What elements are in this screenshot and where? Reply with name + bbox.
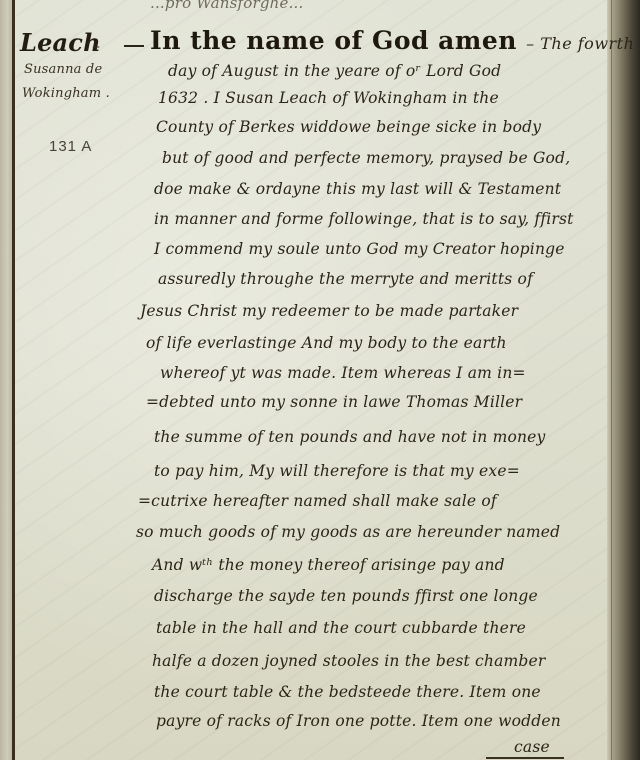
text-line-22: payre of racks of Iron one potte. Item o… [156, 712, 561, 730]
text-line-18: discharge the sayde ten pounds ffirst on… [154, 587, 538, 605]
text-line-19: table in the hall and the court cubbarde… [156, 619, 526, 637]
text-line-17: And wᵗʰ the money thereof arisinge pay a… [152, 556, 505, 574]
text-line-21: the court table & the bedsteede there. I… [154, 683, 541, 701]
heading-dash [124, 45, 144, 47]
margin-subtitle-2: Wokingham . [22, 86, 110, 101]
text-line-15: =cutrixe hereafter named shall make sale… [138, 492, 497, 510]
text-line-4: but of good and perfecte memory, praysed… [162, 149, 570, 167]
heading-line: In the name of God amen – The fowrth [150, 26, 634, 55]
text-line-8: assuredly throughe the merryte and merit… [158, 270, 533, 288]
text-line-13: the summe of ten pounds and have not in … [154, 428, 546, 446]
text-line-1: day of August in the yeare of oʳ Lord Go… [168, 62, 501, 80]
margin-subtitle-1: Susanna de [24, 62, 102, 77]
margin-mark: – [92, 36, 100, 55]
text-line-20: halfe a dozen joyned stooles in the best… [152, 652, 546, 670]
text-line-9: Jesus Christ my redeemer to be made part… [140, 302, 518, 320]
text-line-3: County of Berkes widdowe beinge sicke in… [156, 118, 541, 136]
book-binding-edge [607, 0, 640, 760]
margin-surname: Leach [20, 28, 101, 57]
text-line-2: 1632 . I Susan Leach of Wokingham in the [158, 89, 499, 107]
text-line-6: in manner and forme followinge, that is … [154, 210, 574, 228]
top-line-fragment: ...pro Wansforghe... [150, 0, 304, 12]
facing-page-edge [0, 0, 12, 760]
text-line-5: doe make & ordayne this my last will & T… [154, 180, 561, 198]
text-line-10: of life everlastinge And my body to the … [146, 334, 507, 352]
text-line-12: =debted unto my sonne in lawe Thomas Mil… [146, 393, 522, 411]
end-flourish [486, 757, 564, 759]
text-line-7: I commend my soule unto God my Creator h… [154, 240, 565, 258]
heading-invocation: In the name of God amen [150, 26, 517, 55]
text-line-11: whereof yt was made. Item whereas I am i… [160, 364, 526, 382]
folio-number: 131 A [49, 138, 92, 155]
heading-continuation: – The fowrth [526, 34, 634, 53]
manuscript-scan: ...pro Wansforghe... Leach – Susanna de … [0, 0, 640, 760]
text-line-16: so much goods of my goods as are hereund… [136, 523, 560, 541]
text-line-14: to pay him, My will therefore is that my… [154, 462, 520, 480]
text-line-23: case [514, 738, 550, 756]
